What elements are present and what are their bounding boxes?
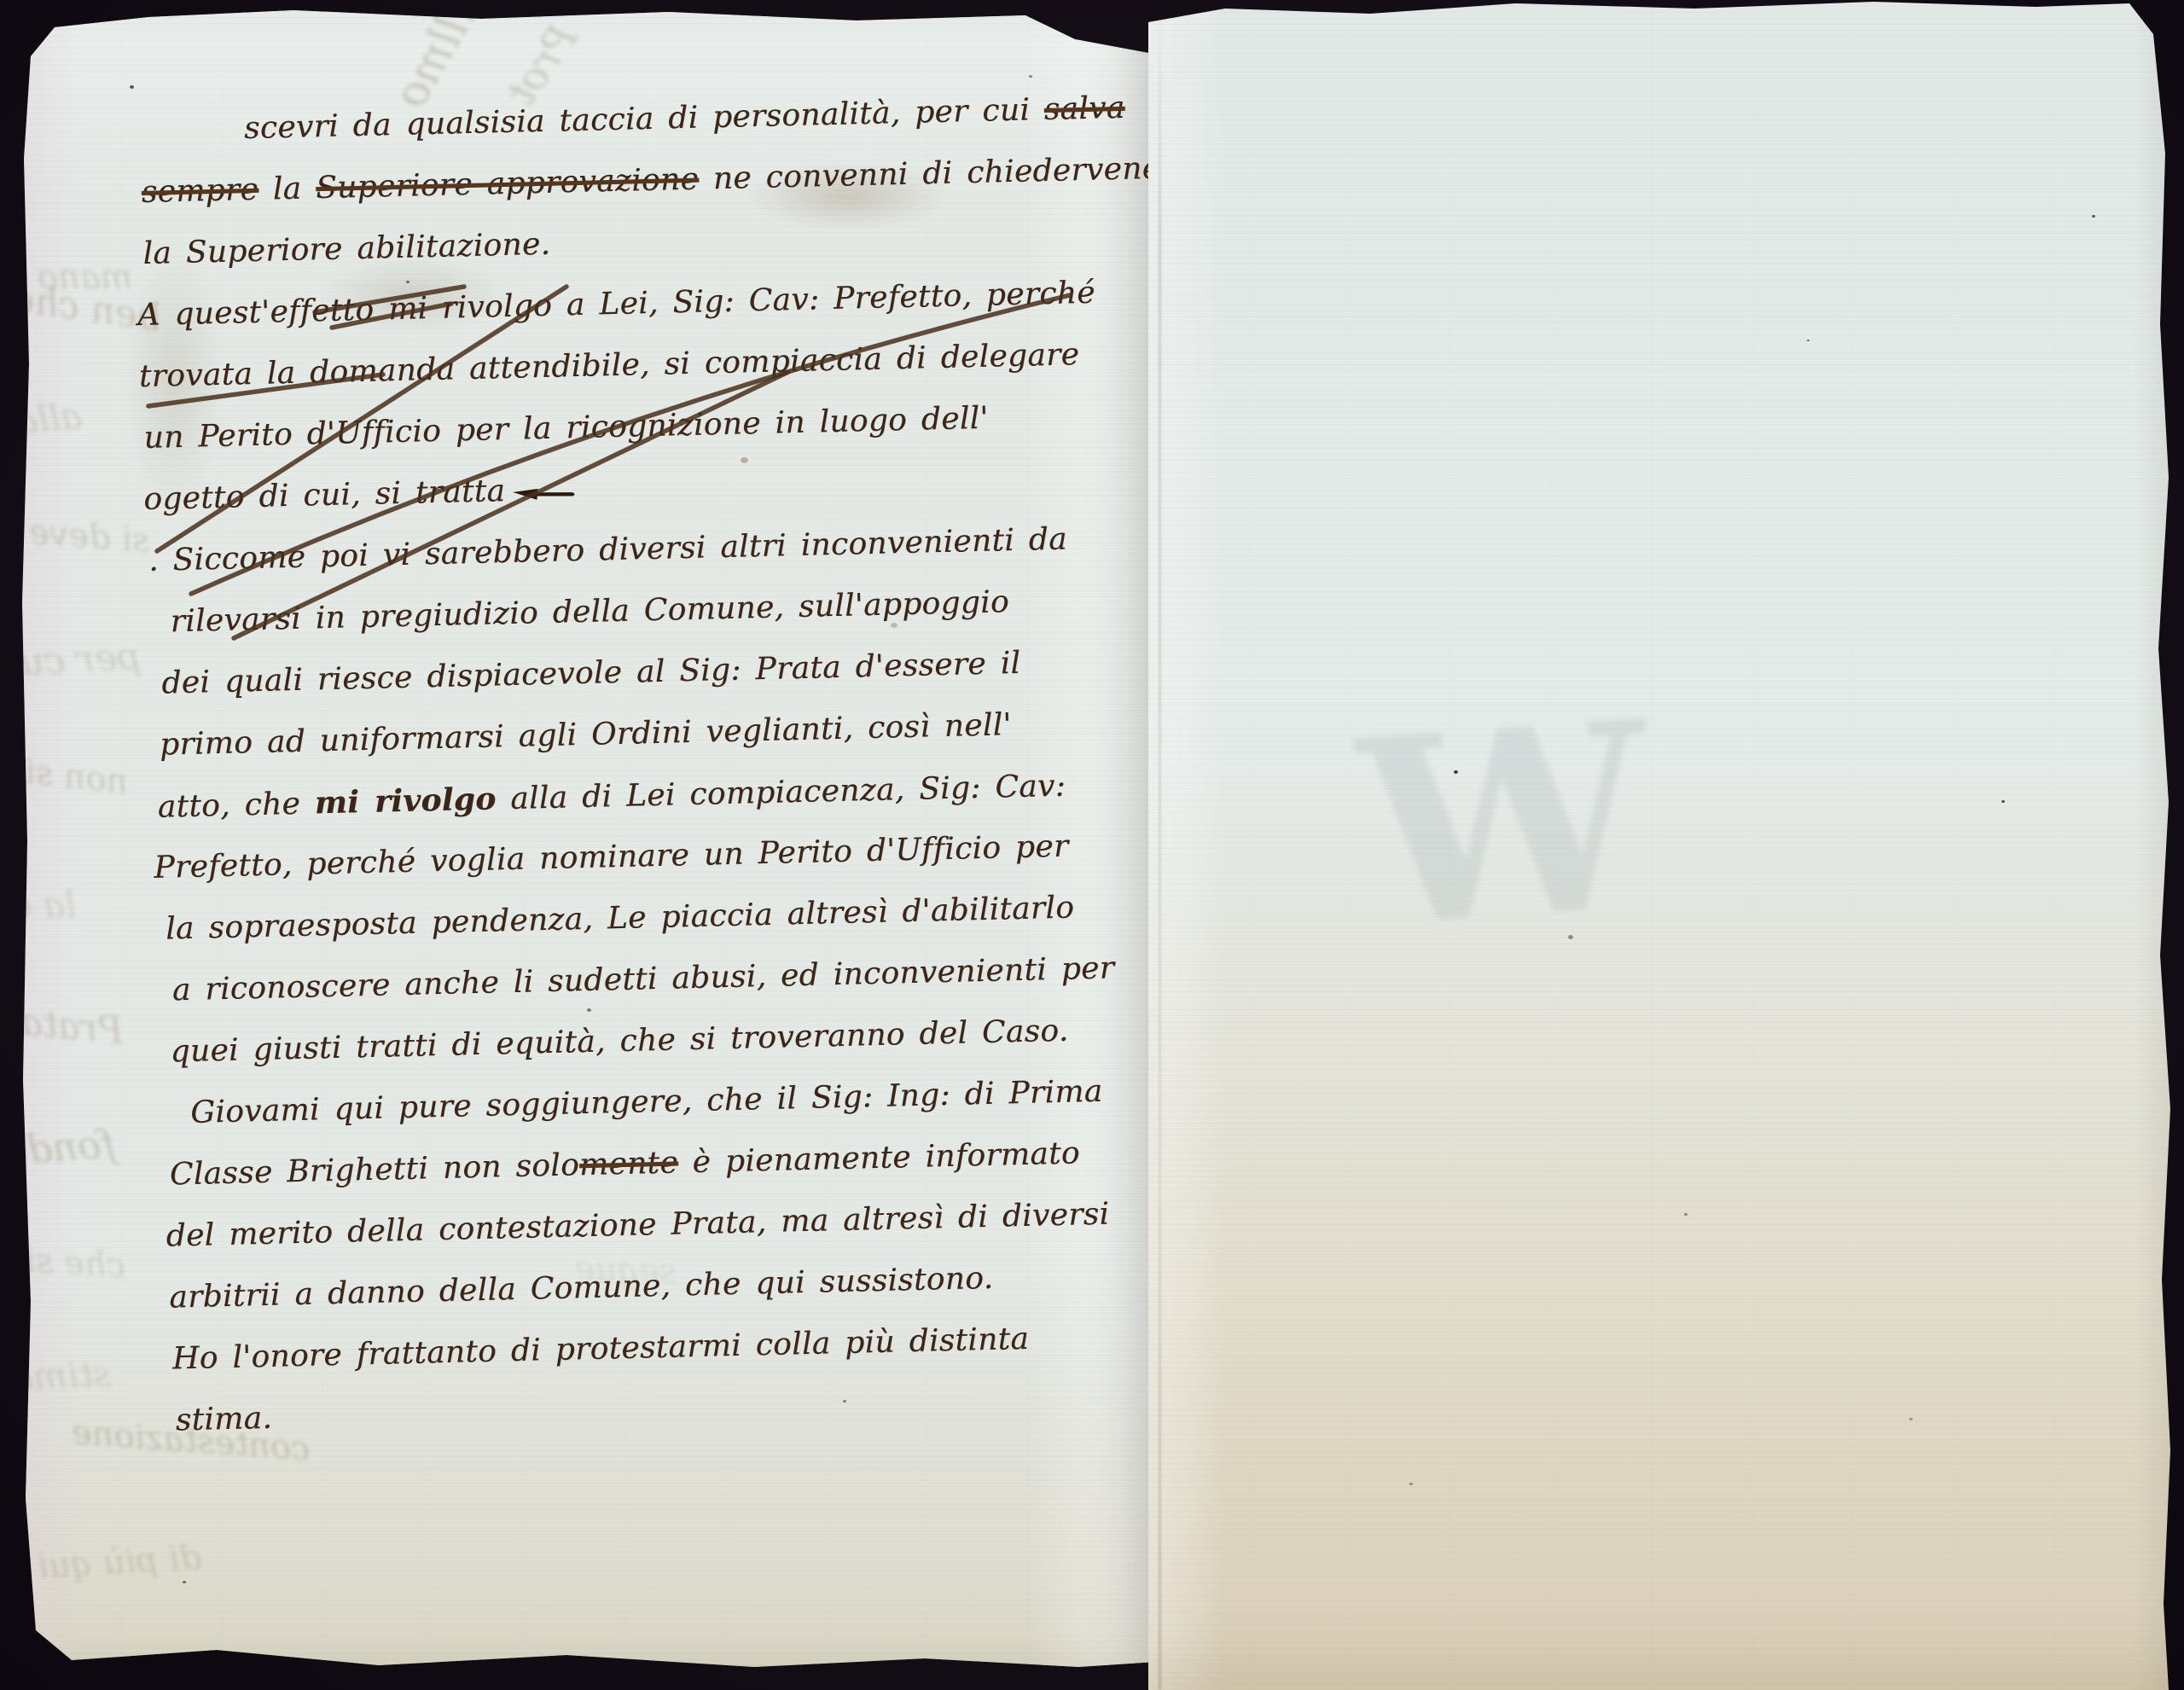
text-segment: Superiore approvazione <box>316 162 700 206</box>
text-segment: Ho l'onore frattanto di protestarmi coll… <box>172 1321 1030 1377</box>
showthrough-mark: che si <box>24 1241 126 1286</box>
showthrough-mark: per cui <box>20 635 142 685</box>
text-segment: mente <box>579 1146 679 1183</box>
text-segment: scevri da qualsisia taccia di personalit… <box>244 92 1045 146</box>
text-segment: rilevarsi in pregiudizio della Comune, s… <box>170 584 1009 639</box>
text-segment: la sopraesposta pendenza, Le piaccia alt… <box>166 890 1075 946</box>
text-segment: del merito della contestazione Prata, ma… <box>166 1197 1110 1254</box>
text-segment: Prefetto, perché voglia nominare un Peri… <box>154 829 1069 886</box>
showthrough-mark: stima <box>20 1353 113 1398</box>
watermark-letter: W <box>1351 665 1659 985</box>
text-segment: un Perito d'Ufficio per la ricognizione … <box>143 401 989 456</box>
paper-texture <box>1148 0 2184 1690</box>
inline-arrow-mark: ◄ <box>511 466 578 523</box>
text-segment: arbitrii a danno della Comune, che qui s… <box>169 1261 994 1315</box>
text-segment: stima. <box>175 1401 272 1438</box>
text-segment: dei quali riesce dispiacevole al Sig: Pr… <box>161 646 1021 701</box>
text-segment: salva <box>1043 90 1125 127</box>
text-segment: . Siccome poi vi sarebbero diversi altri… <box>148 522 1068 578</box>
text-segment: è pienamente informato <box>677 1135 1080 1180</box>
showthrough-mark: alla <box>20 395 84 443</box>
showthrough-mark: Prata <box>20 1001 125 1053</box>
showthrough-mark: mano <box>38 258 133 297</box>
text-segment: Classe Brighetti non solo <box>170 1147 580 1192</box>
text-segment: ogetto di cui, si tratta <box>143 473 506 517</box>
scan-background: ben chemanoallasi deveper cuinon sila cP… <box>0 0 2184 1690</box>
manuscript-text: scevri da qualsisia taccia di personalit… <box>132 78 1136 1451</box>
text-segment: A quest'effetto mi rivolgo a Lei, Sig: C… <box>137 276 1096 333</box>
text-segment: Giovami qui pure soggiungere, che il Sig… <box>190 1074 1103 1130</box>
text-segment: sempre <box>141 172 258 210</box>
text-segment: la Superiore abilitazione. <box>142 227 551 271</box>
showthrough-mark: la c <box>20 884 76 926</box>
text-segment: mi rivolgo <box>314 781 497 821</box>
text-segment: trovata la domanda attendibile, si compi… <box>138 337 1079 394</box>
text-segment: atto, che <box>157 786 315 824</box>
text-segment: quei giusti tratti di equità, che si tro… <box>170 1013 1069 1070</box>
right-page: W <box>1148 0 2184 1690</box>
text-segment: ne convenni di chiedervene <box>699 151 1161 197</box>
text-segment: primo ad uniformarsi agli Ordini veglian… <box>160 707 1013 763</box>
fold-crease <box>1159 0 1161 1690</box>
showthrough-mark: non si <box>23 752 131 802</box>
showthrough-mark: fondo <box>20 1120 117 1174</box>
showthrough-mark: si deve <box>28 513 151 560</box>
text-segment: la <box>258 171 317 207</box>
left-page: ben chemanoallasi deveper cuinon sila cP… <box>20 5 1155 1670</box>
showthrough-mark: di più qui <box>37 1538 202 1586</box>
text-segment: a riconoscere anche li sudetti abusi, ed… <box>171 950 1114 1008</box>
text-segment: alla di Lei compiacenza, Sig: Cav: <box>496 769 1066 817</box>
